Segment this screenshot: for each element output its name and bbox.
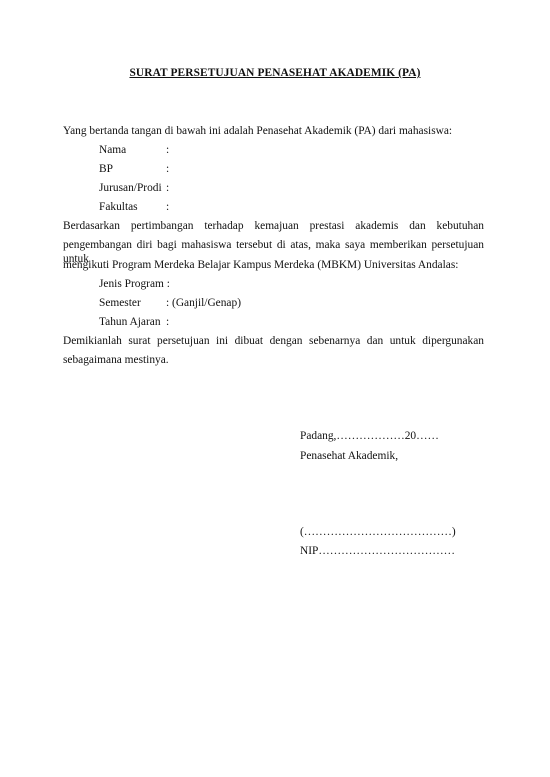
field-colon: : [166, 181, 169, 195]
place-date: Padang,………………20…… [300, 429, 439, 443]
closing-line: sebagaimana mestinya. [63, 353, 484, 367]
field-colon-text: : [166, 201, 169, 213]
field-colon-text: : [166, 182, 169, 194]
field-colon: : [166, 162, 169, 176]
field-label-semester: Semester [99, 296, 141, 310]
field-colon: : (Ganjil/Genap) [166, 296, 241, 310]
field-colon-text: : [166, 316, 169, 328]
field-colon-text: : [166, 144, 169, 156]
closing-line: Demikianlah surat persetujuan ini dibuat… [63, 334, 484, 348]
intro-text: Yang bertanda tangan di bawah ini adalah… [63, 124, 484, 138]
body-line: mengikuti Program Merdeka Belajar Kampus… [63, 258, 484, 272]
signer-role: Penasehat Akademik, [300, 449, 398, 463]
field-colon: : [166, 315, 169, 329]
field-label-jurusan-prodi: Jurusan/Prodi [99, 181, 162, 195]
field-label-jenis-program: Jenis Program : [99, 277, 170, 291]
field-colon-text: : [166, 163, 169, 175]
signer-name-line: (…………………………………) [300, 525, 456, 539]
field-colon: : [166, 200, 169, 214]
field-label-text: Jenis Program [99, 278, 164, 290]
field-label-bp: BP [99, 162, 113, 176]
field-label-tahun-ajaran: Tahun Ajaran [99, 315, 161, 329]
document-title: SURAT PERSETUJUAN PENASEHAT AKADEMIK (PA… [0, 66, 550, 80]
field-colon-text: : [166, 297, 169, 309]
field-label-nama: Nama [99, 143, 126, 157]
field-label-fakultas: Fakultas [99, 200, 138, 214]
field-colon-text: : [167, 278, 170, 290]
field-colon: : [166, 143, 169, 157]
field-value-semester: (Ganjil/Genap) [172, 297, 241, 309]
body-line: Berdasarkan pertimbangan terhadap kemaju… [63, 219, 484, 233]
signer-nip-line: NIP……………………………… [300, 544, 455, 558]
